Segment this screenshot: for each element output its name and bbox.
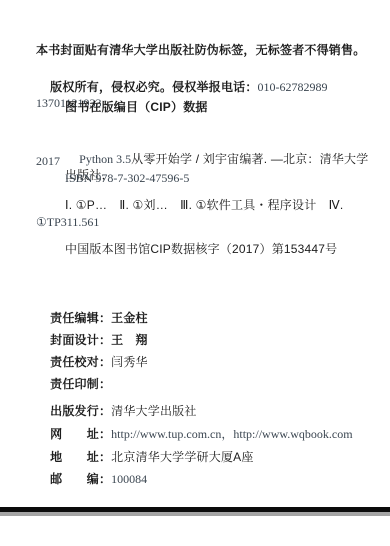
publisher-postcode: 100084 (111, 472, 147, 486)
cip-entry-title-latin: Python 3.5 (79, 152, 131, 166)
isbn-line: ISBN 978-7-302-47596-5 (65, 170, 189, 186)
cip-classification-line2: ①TP311.561 (36, 214, 99, 230)
copyright-notice-label: 版权所有，侵权必究。侵权举报电话： (50, 80, 257, 94)
cip-classification-line1: Ⅰ. ①P… Ⅱ. ①刘… Ⅲ. ①软件工具・程序设计 Ⅳ. (65, 197, 376, 213)
cip-entry-year: 2017 (36, 153, 60, 169)
cip-record-number: 中国版本图书馆CIP数据核字（2017）第153447号 (65, 241, 337, 257)
anti-counterfeit-notice: 本书封面贴有清华大学出版社防伪标签，无标签者不得销售。 (36, 42, 372, 58)
publisher-label: 邮 编： (50, 471, 111, 487)
staff-value: 闫秀华 (111, 355, 148, 369)
copyright-page: 本书封面贴有清华大学出版社防伪标签，无标签者不得销售。 版权所有，侵权必究。侵权… (0, 0, 390, 546)
cip-heading: 图书在版编目（CIP）数据 (65, 99, 208, 115)
page-bottom-shadow (0, 512, 390, 516)
publisher-row-postcode: 邮 编：100084 (36, 455, 147, 503)
copyright-notice: 版权所有，侵权必究。侵权举报电话：010-62782989 1370112193… (36, 63, 380, 127)
cip-entry-line1: Python 3.5从零开始学 / 刘宇宙编著. —北京：清华大学出版社， (65, 135, 376, 199)
